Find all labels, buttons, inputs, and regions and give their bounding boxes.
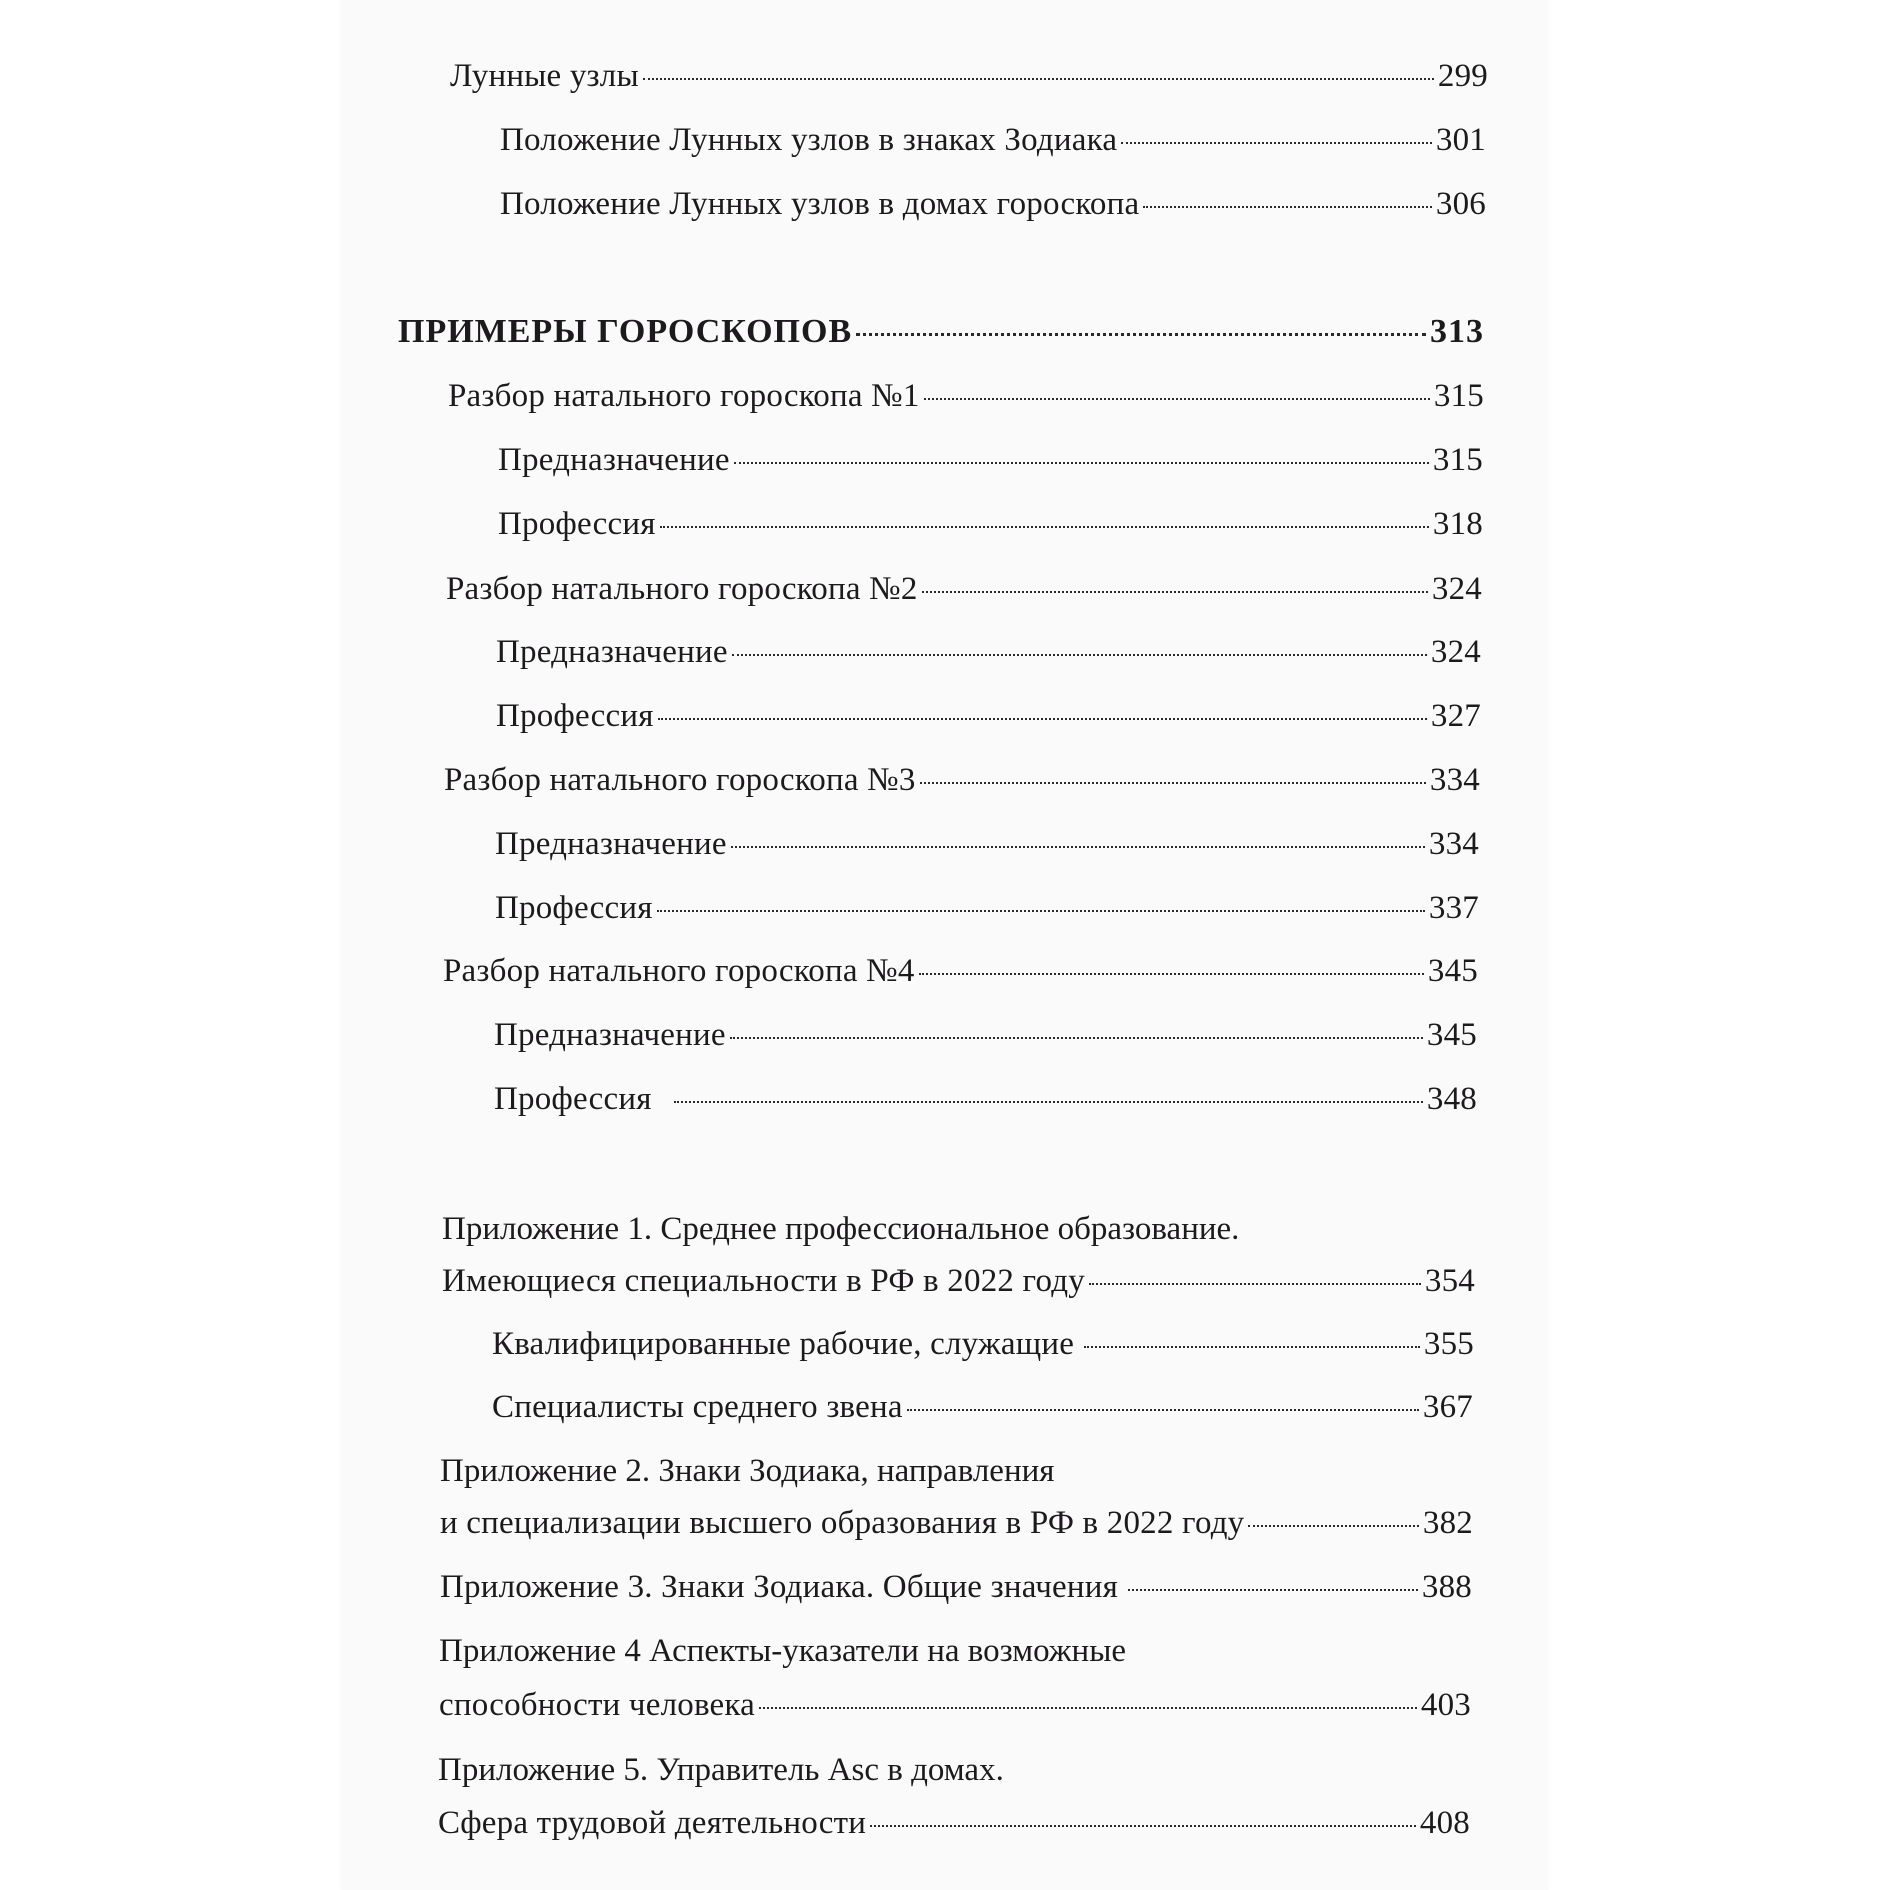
entry-title: Профессия	[498, 504, 656, 544]
entry-title: Профессия	[496, 696, 654, 736]
book-page: Лунные узлы 299 Положение Лунных узлов в…	[342, 0, 1548, 1890]
dot-leader	[1084, 1346, 1420, 1348]
page-number: 301	[1436, 120, 1486, 160]
toc-entry: и специализации высшего образования в РФ…	[440, 1503, 1473, 1543]
toc-entry: Сфера трудовой деятельности 408	[438, 1803, 1470, 1843]
dot-leader	[1248, 1525, 1419, 1527]
toc-entry: Предназначение 324	[496, 632, 1481, 672]
page-number: 318	[1433, 504, 1483, 544]
entry-title-line1: Приложение 4 Аспекты-указатели на возмож…	[439, 1631, 1126, 1671]
entry-title: и специализации высшего образования в РФ…	[440, 1503, 1244, 1543]
dot-leader	[643, 78, 1434, 80]
toc-entry: Предназначение 345	[494, 1015, 1477, 1055]
entry-title: Сфера трудовой деятельности	[438, 1803, 866, 1843]
entry-title: способности человека	[439, 1685, 755, 1725]
toc-entry: Профессия 348	[494, 1079, 1477, 1119]
dot-leader	[660, 526, 1429, 528]
toc-entry: Разбор натального гороскопа №3 334	[444, 760, 1480, 800]
toc-entry: Предназначение 334	[495, 824, 1479, 864]
entry-title: Профессия	[495, 888, 653, 928]
dot-leader	[1128, 1589, 1418, 1591]
dot-leader	[920, 782, 1426, 784]
entry-title: Разбор натального гороскопа №4	[443, 951, 915, 991]
toc-entry: Специалисты среднего звена 367	[492, 1387, 1473, 1427]
entry-title-line1: Приложение 5. Управитель Asc в домах.	[438, 1750, 1004, 1790]
page-number: 408	[1420, 1803, 1470, 1843]
toc-entry: способности человека 403	[439, 1685, 1471, 1725]
page-number: 327	[1431, 696, 1481, 736]
dot-leader	[759, 1707, 1417, 1709]
toc-entry: Разбор натального гороскопа №4 345	[443, 951, 1478, 991]
entry-title: Разбор натального гороскопа №1	[448, 376, 920, 416]
dot-leader	[856, 333, 1426, 336]
dot-leader	[734, 462, 1429, 464]
entry-title: Приложение 3. Знаки Зодиака. Общие значе…	[440, 1567, 1118, 1607]
dot-leader	[674, 1101, 1423, 1103]
entry-title: Предназначение	[496, 632, 728, 672]
entry-title: Положение Лунных узлов в знаках Зодиака	[500, 120, 1117, 160]
page-number: 299	[1438, 56, 1488, 96]
page-number: 324	[1432, 569, 1482, 609]
page-number: 306	[1436, 184, 1486, 224]
toc-entry: Имеющиеся специальности в РФ в 2022 году…	[442, 1261, 1475, 1301]
entry-title: Разбор натального гороскопа №2	[446, 569, 918, 609]
page-number: 315	[1433, 440, 1483, 480]
dot-leader	[658, 718, 1427, 720]
page-number: 337	[1429, 888, 1479, 928]
toc-entry: Лунные узлы 299	[450, 56, 1488, 96]
entry-title-line1: Приложение 1. Среднее профессиональное о…	[442, 1209, 1239, 1249]
dot-leader	[1121, 142, 1432, 144]
page-number: 354	[1425, 1261, 1475, 1301]
dot-leader	[730, 1037, 1423, 1039]
entry-title: Квалифицированные рабочие, служащие	[492, 1324, 1074, 1364]
dot-leader	[870, 1825, 1416, 1827]
page-number: 367	[1423, 1387, 1473, 1427]
page-number: 345	[1428, 951, 1478, 991]
entry-title: Имеющиеся специальности в РФ в 2022 году	[442, 1261, 1085, 1301]
toc-entry: Разбор натального гороскопа №2 324	[446, 569, 1482, 609]
entry-title: Предназначение	[494, 1015, 726, 1055]
page-number: 348	[1427, 1079, 1477, 1119]
toc-entry: Профессия 327	[496, 696, 1481, 736]
dot-leader	[1089, 1283, 1421, 1285]
entry-title: Предназначение	[495, 824, 727, 864]
page-number: 315	[1434, 376, 1484, 416]
entry-title: Лунные узлы	[450, 56, 639, 96]
dot-leader	[657, 910, 1425, 912]
entry-title: Специалисты среднего звена	[492, 1387, 903, 1427]
toc-entry: Приложение 3. Знаки Зодиака. Общие значе…	[440, 1567, 1472, 1607]
toc-entry: Предназначение 315	[498, 440, 1483, 480]
entry-title: Предназначение	[498, 440, 730, 480]
entry-title: Положение Лунных узлов в домах гороскопа	[500, 184, 1139, 224]
page-number: 382	[1423, 1503, 1473, 1543]
dot-leader	[924, 398, 1430, 400]
entry-title-line1: Приложение 2. Знаки Зодиака, направления	[440, 1451, 1054, 1491]
dot-leader	[731, 846, 1425, 848]
page-number: 334	[1430, 760, 1480, 800]
dot-leader	[922, 591, 1428, 593]
dot-leader	[732, 654, 1427, 656]
entry-title: Профессия	[494, 1079, 652, 1119]
dot-leader	[919, 973, 1424, 975]
page-number: 334	[1429, 824, 1479, 864]
toc-entry: Разбор натального гороскопа №1 315	[448, 376, 1484, 416]
page-number: 345	[1427, 1015, 1477, 1055]
page-number: 355	[1424, 1324, 1474, 1364]
page-number: 388	[1422, 1567, 1472, 1607]
section-heading: ПРИМЕРЫ ГОРОСКОПОВ 313	[398, 312, 1484, 352]
entry-title: Разбор натального гороскопа №3	[444, 760, 916, 800]
page-number: 324	[1431, 632, 1481, 672]
toc-entry: Профессия 337	[495, 888, 1479, 928]
dot-leader	[1143, 206, 1432, 208]
page-number: 403	[1421, 1685, 1471, 1725]
toc-entry: Положение Лунных узлов в домах гороскопа…	[500, 184, 1486, 224]
toc-entry: Квалифицированные рабочие, служащие 355	[492, 1324, 1474, 1364]
dot-leader	[907, 1409, 1419, 1411]
toc-entry: Профессия 318	[498, 504, 1483, 544]
toc-entry: Положение Лунных узлов в знаках Зодиака …	[500, 120, 1486, 160]
entry-title: ПРИМЕРЫ ГОРОСКОПОВ	[398, 312, 852, 352]
page-number: 313	[1430, 312, 1484, 352]
